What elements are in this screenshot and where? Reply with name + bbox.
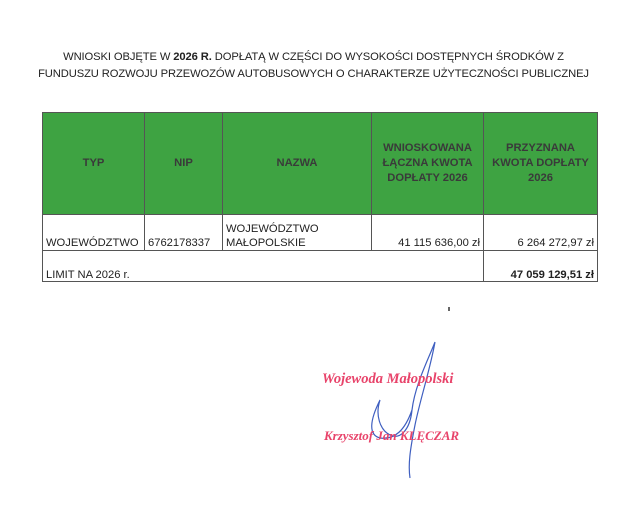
table-row: WOJEWÓDZTWO 6762178337 WOJEWÓDZTWOMAŁOPO… [43,215,598,251]
limit-label: LIMIT NA 2026 r. [43,251,484,282]
header-wnioskowana: WNIOSKOWANA ŁĄCZNA KWOTA DOPŁATY 2026 [372,113,484,215]
cell-nip: 6762178337 [145,215,223,251]
handwritten-signature-icon [360,340,440,480]
header-przyznana: PRZYZNANA KWOTA DOPŁATY 2026 [484,113,598,215]
header-nip: NIP [145,113,223,215]
limit-row: LIMIT NA 2026 r. 47 059 129,51 zł [43,251,598,282]
scan-speck [448,307,450,311]
document-title: WNIOSKI OBJĘTE W 2026 R. DOPŁATĄ W CZĘŚC… [0,49,627,83]
cell-przyznana: 6 264 272,97 zł [484,215,598,251]
cell-wnioskowana: 41 115 636,00 zł [372,215,484,251]
cell-nazwa: WOJEWÓDZTWOMAŁOPOLSKIE [223,215,372,251]
stamp-name: Krzysztof Jan KLĘCZAR [324,428,459,444]
table-header-row: TYP NIP NAZWA WNIOSKOWANA ŁĄCZNA KWOTA D… [43,113,598,215]
header-typ: TYP [43,113,145,215]
applications-table: TYP NIP NAZWA WNIOSKOWANA ŁĄCZNA KWOTA D… [42,112,598,282]
stamp-title: Wojewoda Małopolski [322,371,453,388]
header-nazwa: NAZWA [223,113,372,215]
title-line-2: FUNDUSZU ROZWOJU PRZEWOZÓW AUTOBUSOWYCH … [0,66,627,83]
title-line-1: WNIOSKI OBJĘTE W 2026 R. DOPŁATĄ W CZĘŚC… [0,49,627,66]
cell-typ: WOJEWÓDZTWO [43,215,145,251]
limit-value: 47 059 129,51 zł [484,251,598,282]
